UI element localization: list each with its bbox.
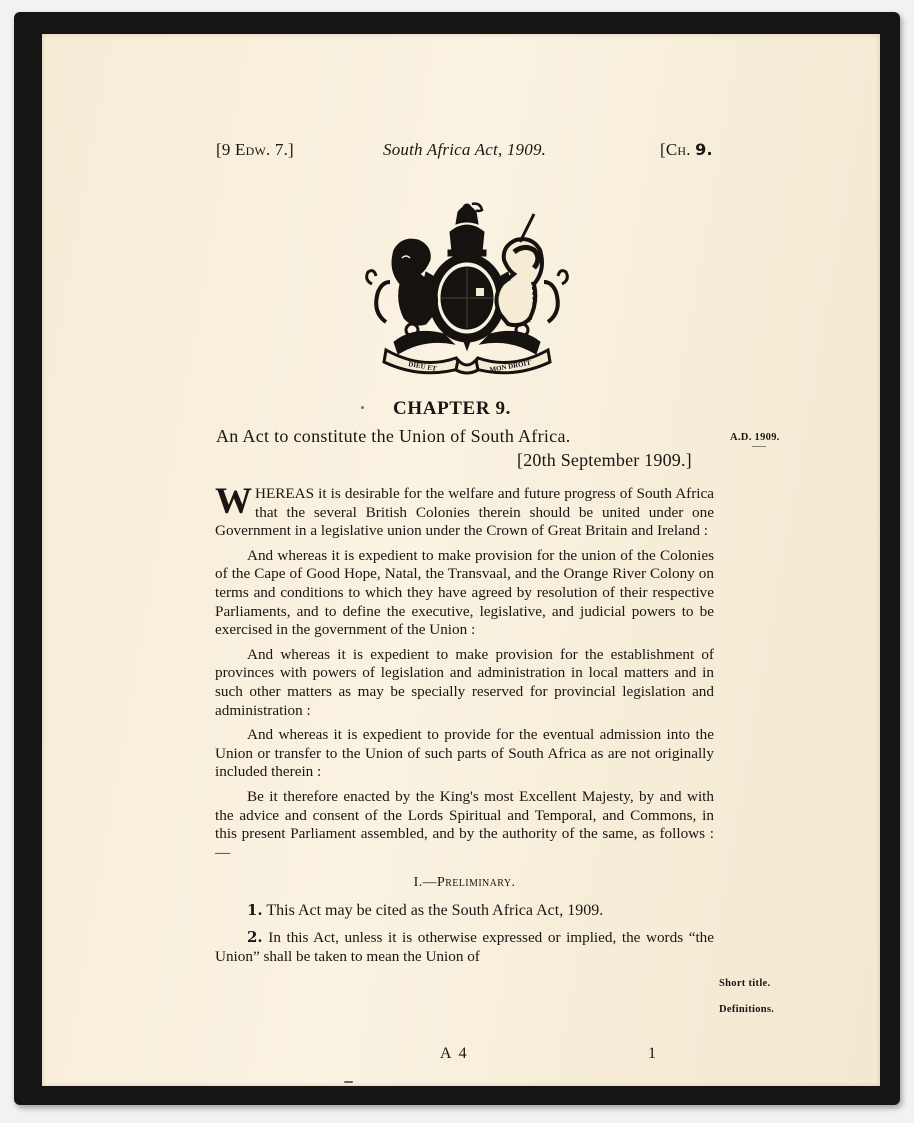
- section-2-text: In this Act, unless it is otherwise expr…: [215, 929, 714, 965]
- margin-note-short-title: Short title.: [719, 978, 770, 989]
- running-header-chapter-prefix: [Ch.: [660, 140, 691, 159]
- preamble-text-1: HEREAS it is desirable for the welfare a…: [215, 485, 714, 539]
- preamble-paragraph-4: And whereas it is expedient to provide f…: [215, 726, 714, 782]
- paper-speck: [344, 1081, 353, 1083]
- page-number: 1: [648, 1045, 656, 1063]
- running-header-regnal-year: [9 Edw. 7.]: [216, 140, 294, 160]
- act-body: WHEREAS it is desirable for the welfare …: [215, 485, 714, 973]
- part-number: I.—: [414, 875, 437, 890]
- royal-coat-of-arms-icon: DIEU ET MON DROIT: [364, 202, 570, 378]
- section-2-number: 2.: [247, 928, 263, 946]
- long-title: An Act to constitute the Union of South …: [216, 426, 571, 447]
- margin-divider: [752, 446, 766, 447]
- margin-note-year: A.D. 1909.: [730, 432, 780, 443]
- running-header-chapter: [Ch. 9.: [660, 140, 713, 160]
- preamble-paragraph-3: And whereas it is expedient to make prov…: [215, 646, 714, 720]
- preamble-paragraph-2: And whereas it is expedient to make prov…: [215, 547, 714, 640]
- margin-note-definitions: Definitions.: [719, 1004, 774, 1015]
- assent-date: [20th September 1909.]: [517, 450, 692, 471]
- enacting-formula: Be it therefore enacted by the King's mo…: [215, 788, 714, 862]
- running-header-short-title: South Africa Act, 1909.: [383, 140, 546, 160]
- section-2: 2. In this Act, unless it is otherwise e…: [215, 928, 714, 966]
- chapter-heading: CHAPTER 9.: [42, 398, 880, 420]
- preamble-paragraph-1: WHEREAS it is desirable for the welfare …: [215, 485, 714, 541]
- signature-mark: A 4: [440, 1045, 469, 1063]
- section-1-number: 1.: [247, 901, 263, 919]
- part-title: Preliminary.: [437, 875, 515, 890]
- drop-cap: W: [215, 487, 251, 517]
- section-1: 1. This Act may be cited as the South Af…: [215, 901, 714, 921]
- document-page: [9 Edw. 7.] South Africa Act, 1909. [Ch.…: [42, 34, 880, 1086]
- part-heading: I.—Preliminary.: [215, 874, 714, 893]
- section-1-text: This Act may be cited as the South Afric…: [266, 902, 603, 919]
- chapter-heading-text: CHAPTER 9.: [393, 398, 511, 420]
- running-header-chapter-number: 9.: [695, 140, 713, 159]
